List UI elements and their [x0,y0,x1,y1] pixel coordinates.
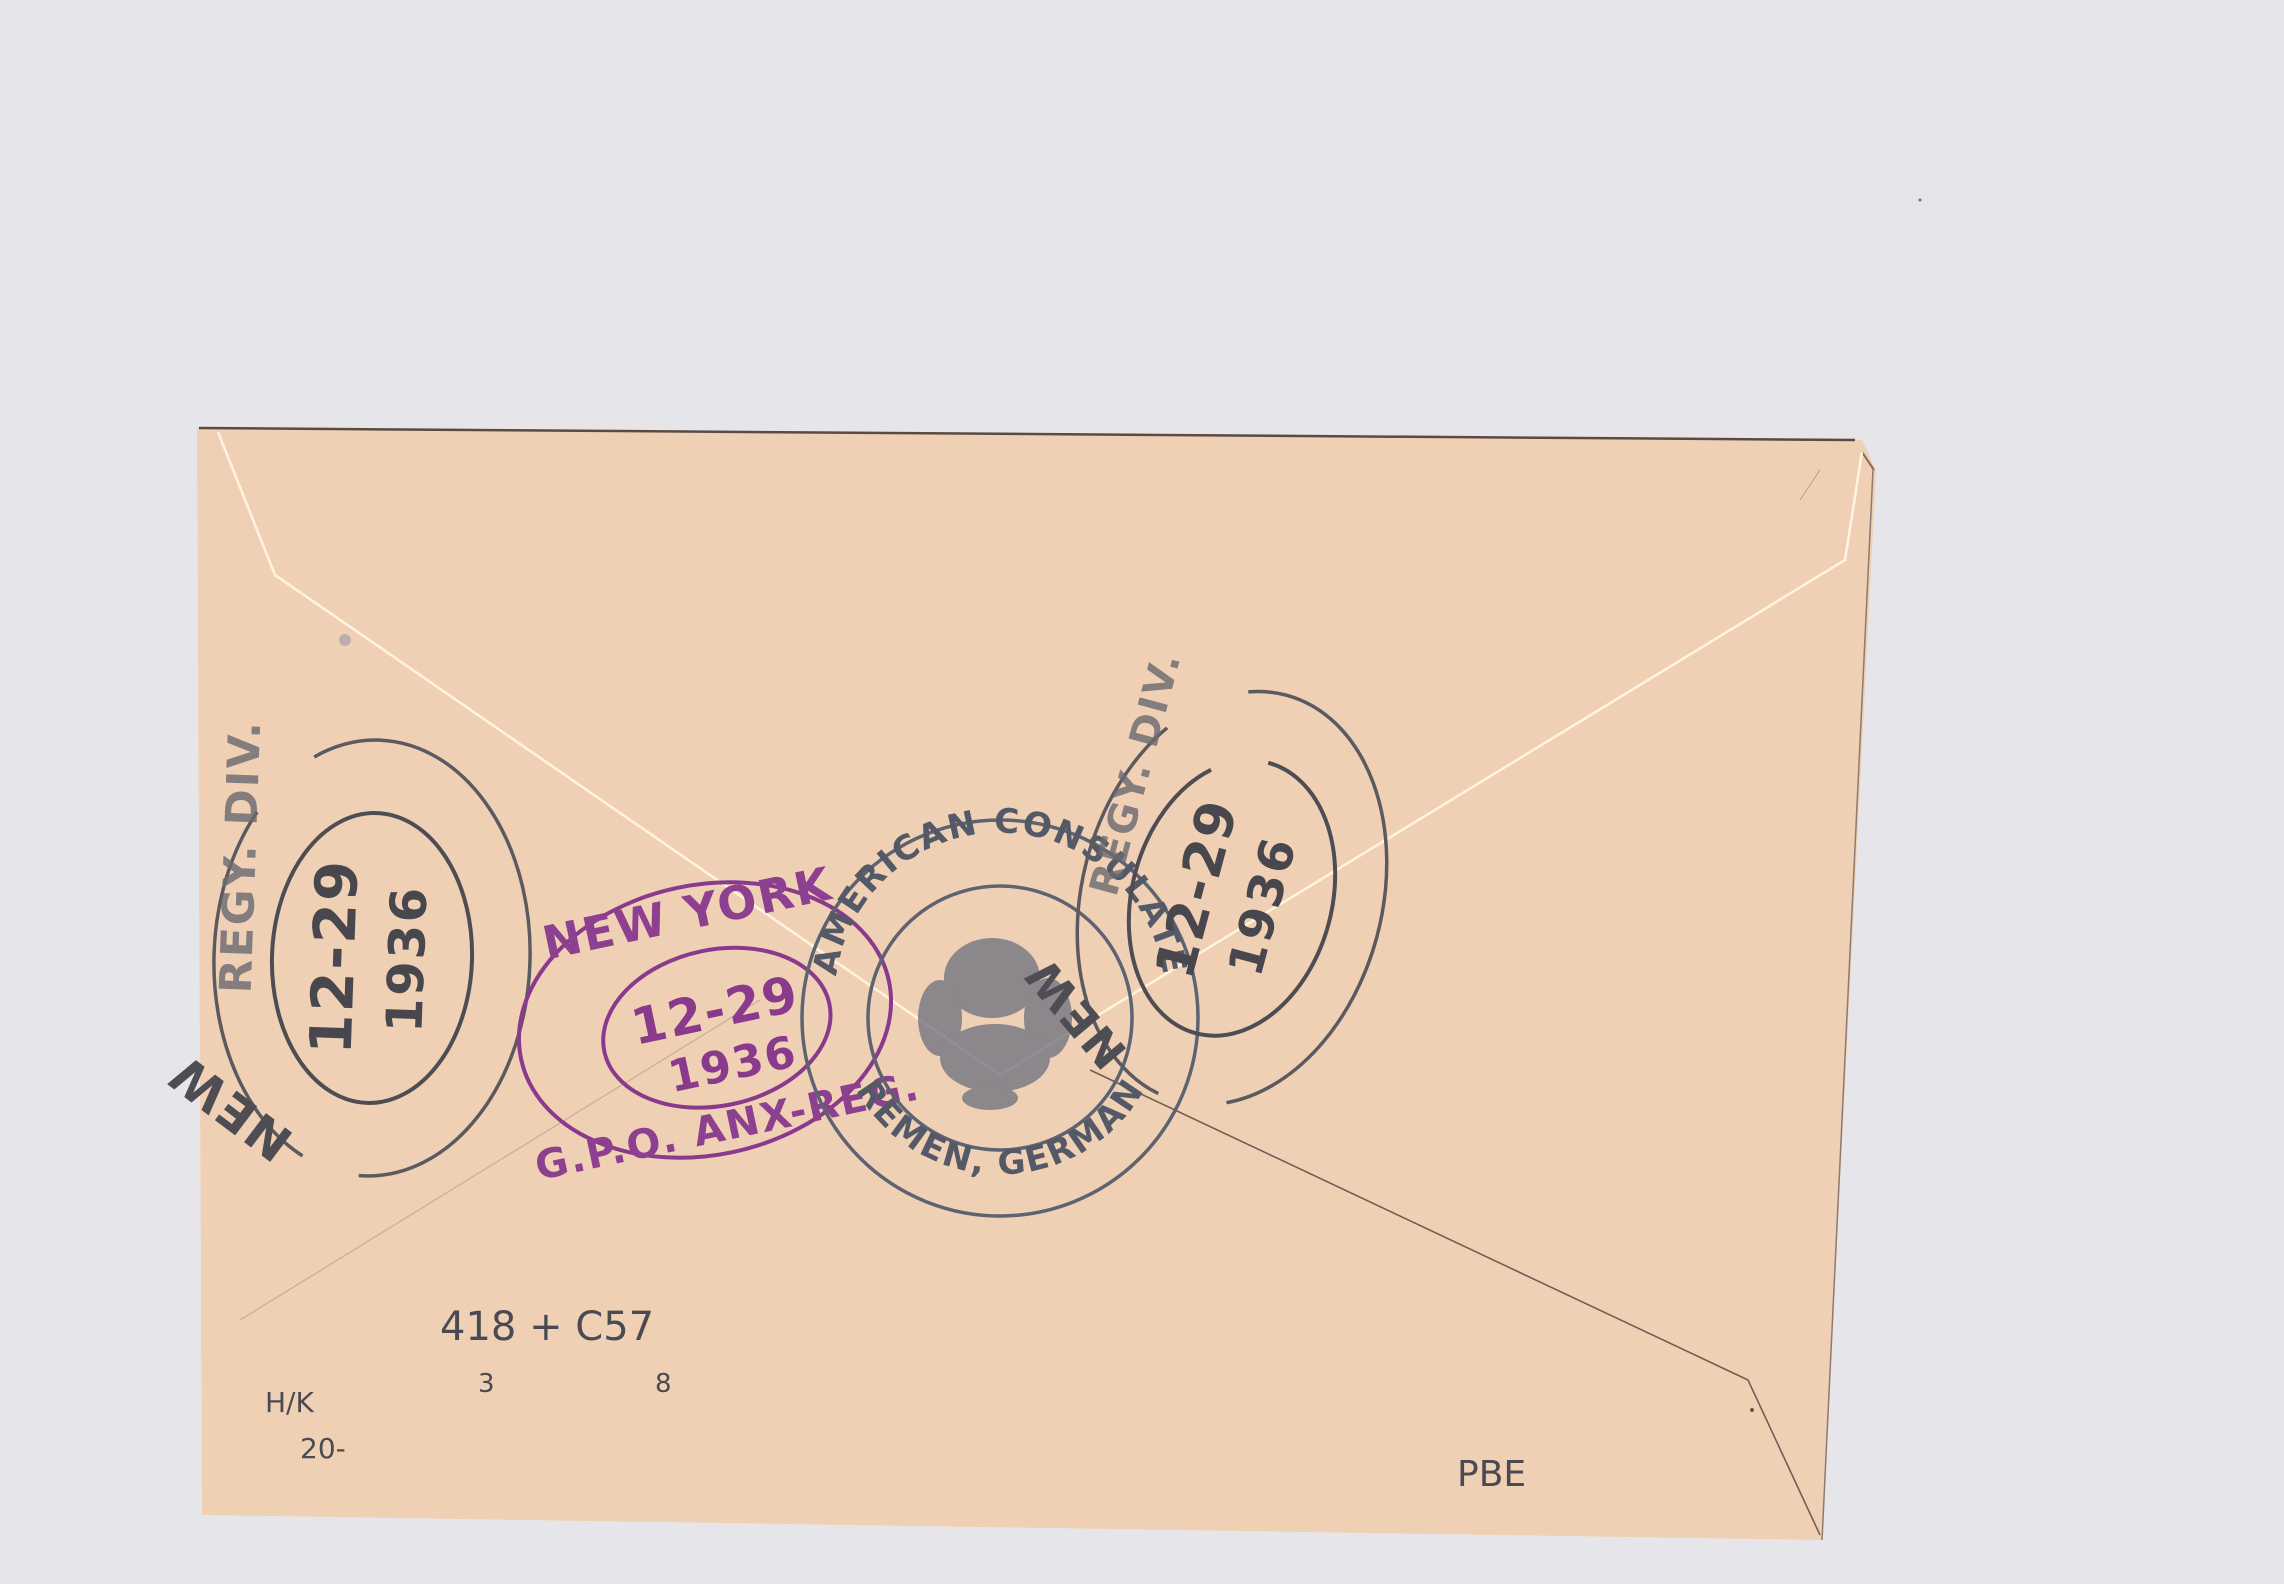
envelope-scene: 12-29 1936 NEW REGY. DIV. NEW YORK 12-29… [0,0,2284,1584]
pencil-corner-code: H/K [265,1386,314,1419]
pencil-corner-price: 20- [300,1432,346,1465]
left-stamp-date: 12-29 [297,858,372,1056]
left-stamp-regy: REGY. DIV. [211,719,272,994]
pencil-catalog-sub-left: 3 [478,1369,495,1399]
pencil-catalog-sub-right: 8 [655,1369,672,1399]
left-stamp-year: 1936 [375,885,438,1034]
pencil-initials: PBE [1457,1454,1526,1495]
pencil-catalog: 418 + C57 [440,1304,654,1350]
